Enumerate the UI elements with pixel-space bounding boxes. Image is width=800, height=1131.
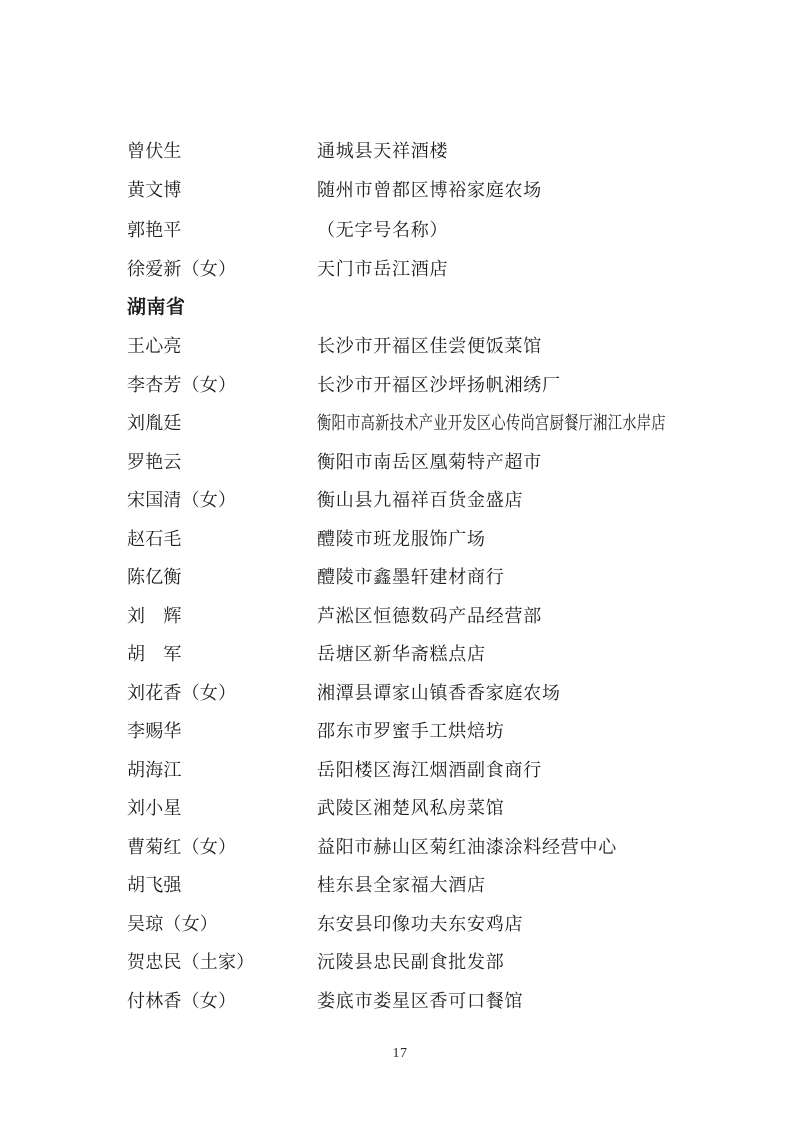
business-name: 武陵区湘楚风私房菜馆 — [317, 797, 673, 819]
person-name: 胡 军 — [127, 643, 317, 665]
business-name: 东安县印像功夫东安鸡店 — [317, 913, 673, 935]
person-name: 徐爱新（女） — [127, 258, 317, 280]
business-name: 沅陵县忠民副食批发部 — [317, 951, 673, 973]
roster-row: 付林香（女） 娄底市娄星区香可口餐馆 — [127, 990, 673, 1029]
person-name: 刘花香（女） — [127, 682, 317, 704]
person-name: 曾伏生 — [127, 140, 317, 162]
roster-row: 李杏芳（女） 长沙市开福区沙坪扬帆湘绣厂 — [127, 374, 673, 413]
section-heading: 湖南省 — [127, 297, 673, 335]
roster-row: 徐爱新（女） 天门市岳江酒店 — [127, 258, 673, 297]
person-name: 刘胤廷 — [127, 412, 317, 434]
business-name: 邵东市罗蜜手工烘焙坊 — [317, 720, 673, 742]
roster-row: 宋国清（女） 衡山县九福祥百货金盛店 — [127, 489, 673, 528]
business-name: 湘潭县谭家山镇香香家庭农场 — [317, 682, 673, 704]
roster-row: 郭艳平 （无字号名称） — [127, 219, 673, 258]
roster-row: 赵石毛 醴陵市班龙服饰广场 — [127, 528, 673, 567]
person-name: 刘 辉 — [127, 605, 317, 627]
person-name: 刘小星 — [127, 797, 317, 819]
person-name: 贺忠民（土家） — [127, 951, 317, 973]
business-name: 醴陵市鑫墨轩建材商行 — [317, 566, 673, 588]
roster-row: 刘小星 武陵区湘楚风私房菜馆 — [127, 797, 673, 836]
person-name: 曹菊红（女） — [127, 836, 317, 858]
person-name: 吴琼（女） — [127, 913, 317, 935]
roster-row: 罗艳云 衡阳市南岳区凰菊特产超市 — [127, 451, 673, 490]
business-name: （无字号名称） — [317, 219, 673, 241]
person-name: 郭艳平 — [127, 219, 317, 241]
roster-section: 湖南省 王心亮 长沙市开福区佳尝便饭菜馆 李杏芳（女） 长沙市开福区沙坪扬帆湘绣… — [127, 297, 673, 1028]
business-name: 衡阳市高新技术产业开发区心传尚宫厨餐厅湘江水岸店 — [317, 412, 666, 434]
business-name: 娄底市娄星区香可口餐馆 — [317, 990, 673, 1012]
roster-row: 吴琼（女） 东安县印像功夫东安鸡店 — [127, 913, 673, 952]
roster-row: 刘花香（女） 湘潭县谭家山镇香香家庭农场 — [127, 682, 673, 721]
roster-row: 曹菊红（女） 益阳市赫山区菊红油漆涂料经营中心 — [127, 836, 673, 875]
roster-row: 黄文博 随州市曾都区博裕家庭农场 — [127, 179, 673, 218]
page-number: 17 — [0, 1046, 800, 1062]
roster-row: 贺忠民（土家） 沅陵县忠民副食批发部 — [127, 951, 673, 990]
roster-section: 曾伏生 通城县天祥酒楼 黄文博 随州市曾都区博裕家庭农场 郭艳平 （无字号名称）… — [127, 140, 673, 297]
roster-row: 王心亮 长沙市开福区佳尝便饭菜馆 — [127, 335, 673, 374]
business-name: 益阳市赫山区菊红油漆涂料经营中心 — [317, 836, 673, 858]
business-name: 桂东县全家福大酒店 — [317, 874, 673, 896]
business-name: 随州市曾都区博裕家庭农场 — [317, 179, 673, 201]
person-name: 罗艳云 — [127, 451, 317, 473]
person-name: 胡海江 — [127, 759, 317, 781]
person-name: 李赐华 — [127, 720, 317, 742]
person-name: 胡飞强 — [127, 874, 317, 896]
document-content: 曾伏生 通城县天祥酒楼 黄文博 随州市曾都区博裕家庭农场 郭艳平 （无字号名称）… — [127, 140, 673, 1028]
person-name: 宋国清（女） — [127, 489, 317, 511]
roster-row: 胡海江 岳阳楼区海江烟酒副食商行 — [127, 759, 673, 798]
roster-row: 陈亿衡 醴陵市鑫墨轩建材商行 — [127, 566, 673, 605]
person-name: 李杏芳（女） — [127, 374, 317, 396]
business-name: 醴陵市班龙服饰广场 — [317, 528, 673, 550]
business-name: 通城县天祥酒楼 — [317, 140, 673, 162]
roster-row: 胡 军 岳塘区新华斋糕点店 — [127, 643, 673, 682]
business-name: 衡山县九福祥百货金盛店 — [317, 489, 673, 511]
business-name: 岳塘区新华斋糕点店 — [317, 643, 673, 665]
business-name: 岳阳楼区海江烟酒副食商行 — [317, 759, 673, 781]
business-name: 天门市岳江酒店 — [317, 258, 673, 280]
person-name: 赵石毛 — [127, 528, 317, 550]
document-page: 曾伏生 通城县天祥酒楼 黄文博 随州市曾都区博裕家庭农场 郭艳平 （无字号名称）… — [0, 0, 800, 1131]
person-name: 付林香（女） — [127, 990, 317, 1012]
roster-row: 刘胤廷 衡阳市高新技术产业开发区心传尚宫厨餐厅湘江水岸店 — [127, 412, 673, 451]
roster-row: 李赐华 邵东市罗蜜手工烘焙坊 — [127, 720, 673, 759]
business-name: 芦淞区恒德数码产品经营部 — [317, 605, 673, 627]
person-name: 王心亮 — [127, 335, 317, 357]
business-name: 衡阳市南岳区凰菊特产超市 — [317, 451, 673, 473]
business-name: 长沙市开福区佳尝便饭菜馆 — [317, 335, 673, 357]
business-name: 长沙市开福区沙坪扬帆湘绣厂 — [317, 374, 673, 396]
roster-row: 胡飞强 桂东县全家福大酒店 — [127, 874, 673, 913]
person-name: 黄文博 — [127, 179, 317, 201]
person-name: 陈亿衡 — [127, 566, 317, 588]
roster-row: 曾伏生 通城县天祥酒楼 — [127, 140, 673, 179]
roster-row: 刘 辉 芦淞区恒德数码产品经营部 — [127, 605, 673, 644]
